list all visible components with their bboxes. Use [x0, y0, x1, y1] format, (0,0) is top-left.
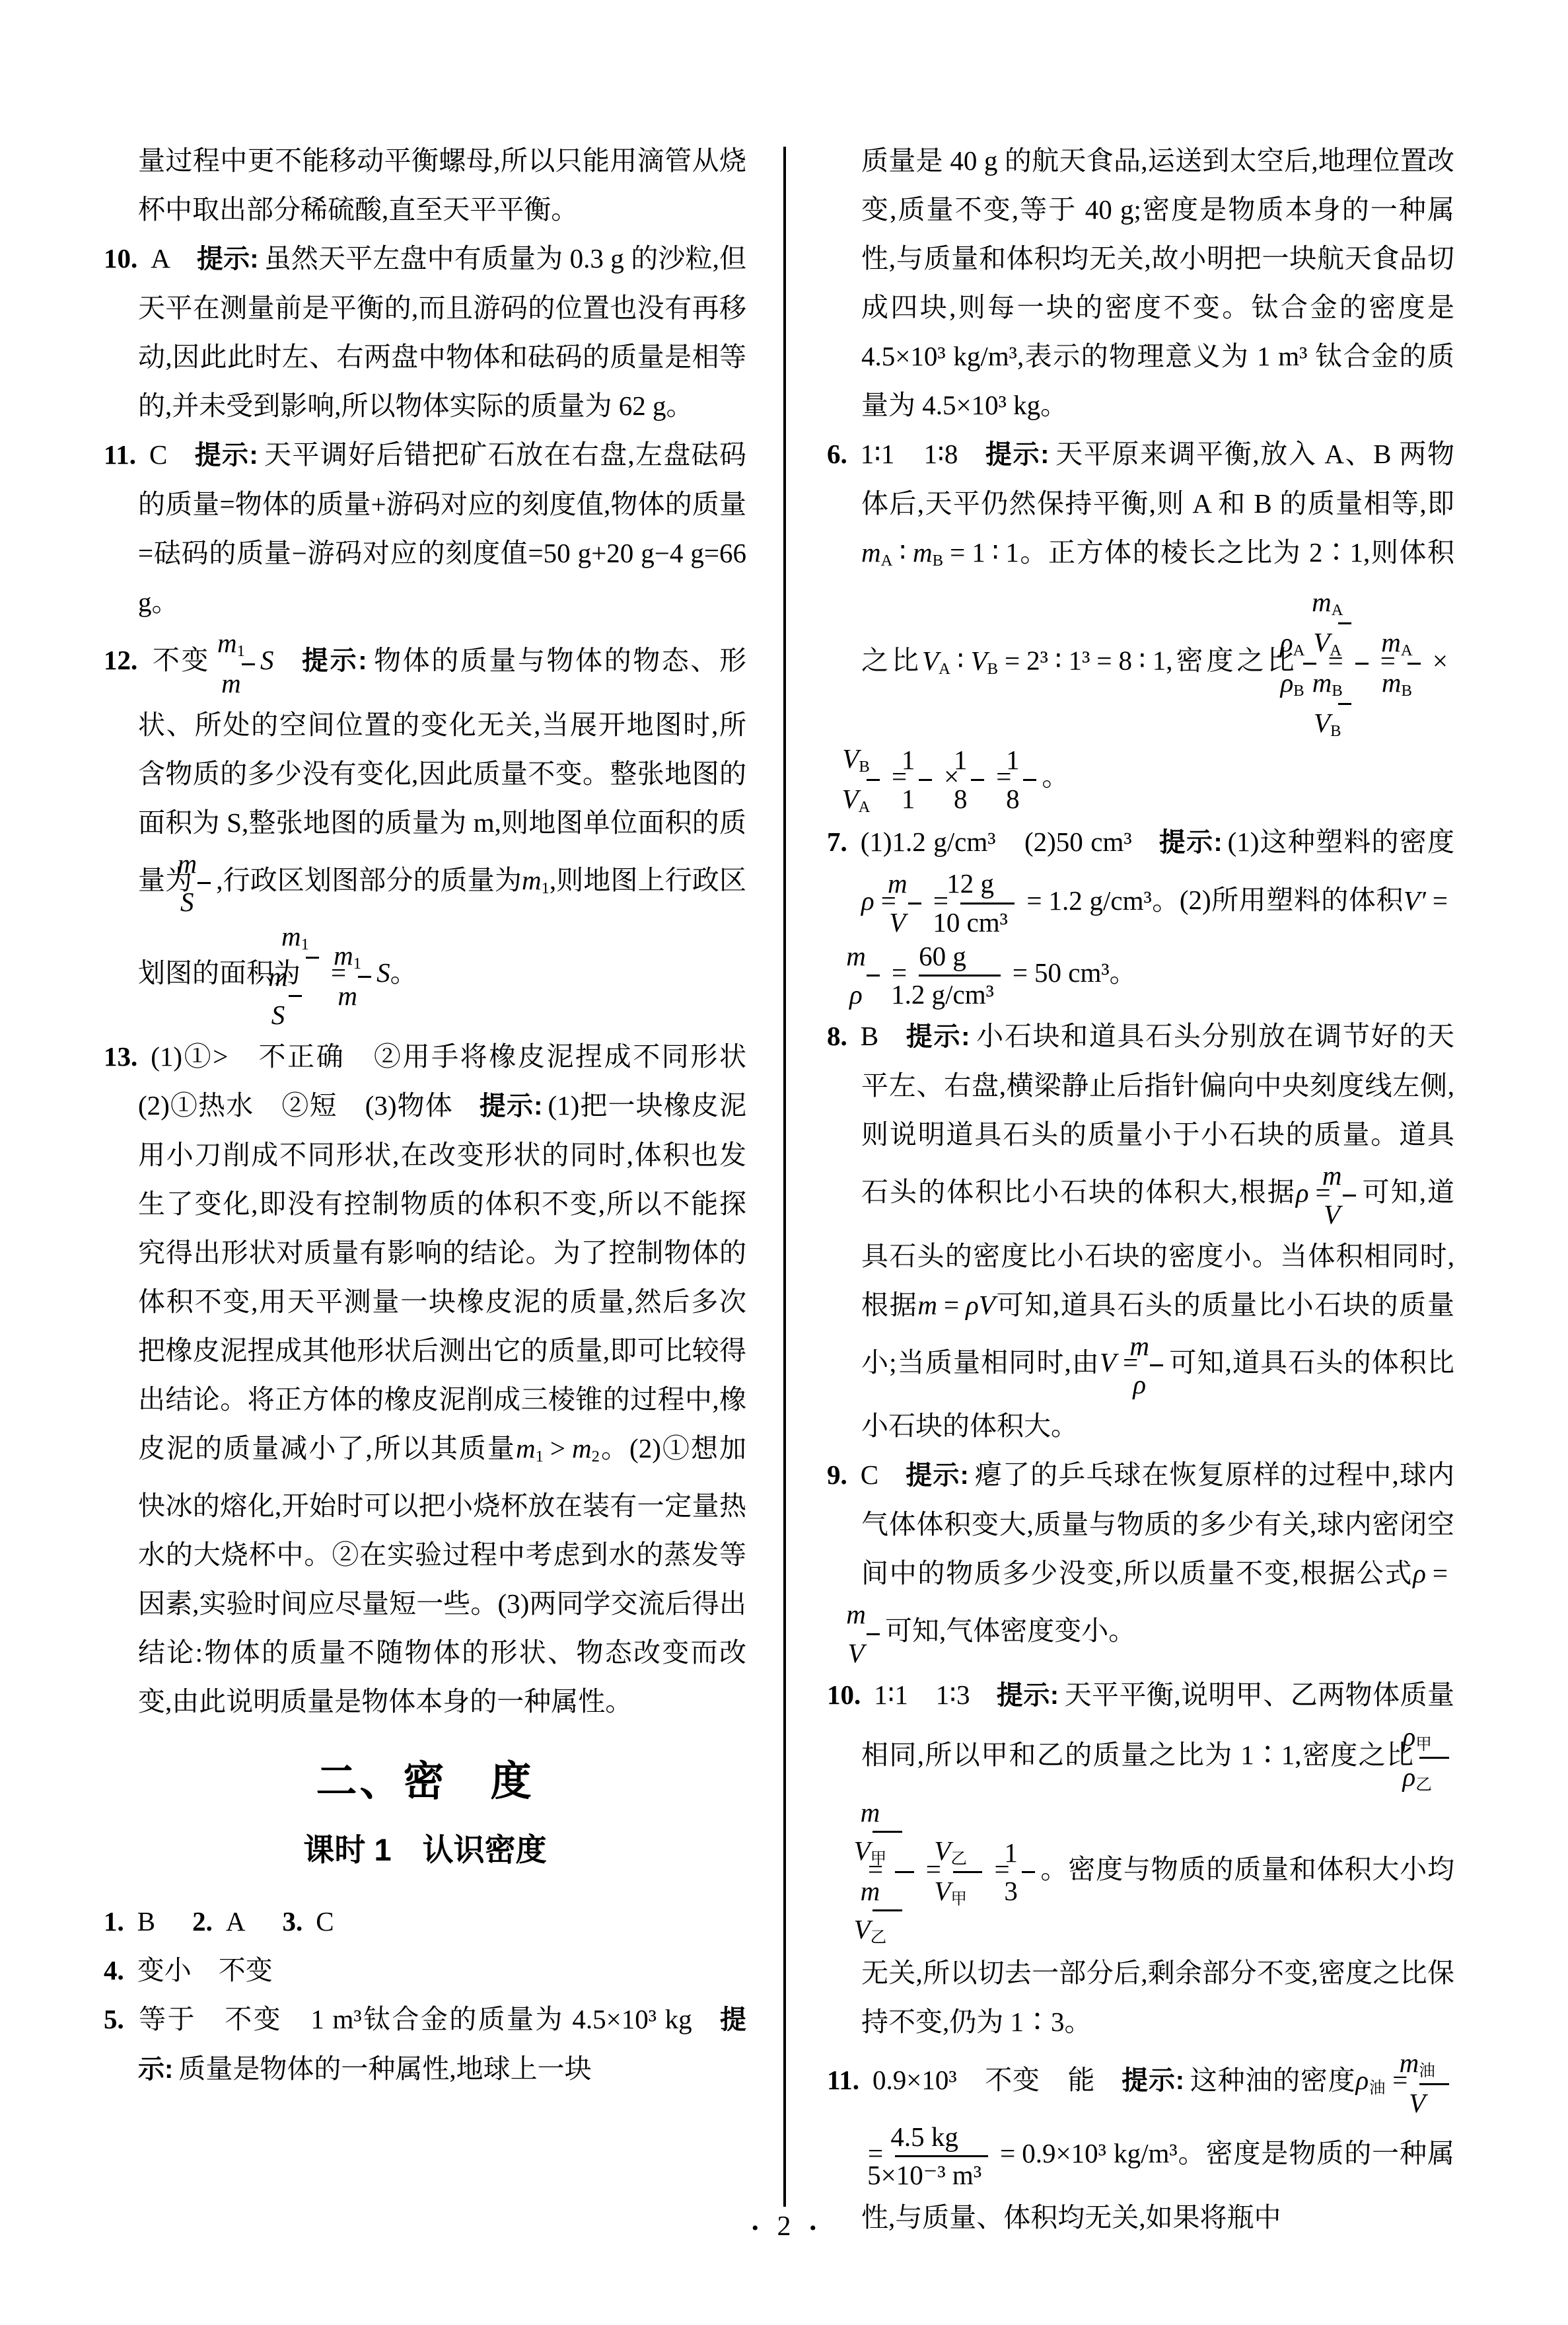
answer-text: C — [316, 1906, 334, 1937]
page-number: 2 — [777, 2211, 791, 2242]
hint-text: (1)这种塑料的密度 — [1228, 827, 1454, 857]
right-column: 质量是 40 g 的航天食品,运送到太空后,地理位置改变,质量不变,等于 40 … — [827, 136, 1454, 2242]
answer-item-7: 7.(1)1.2 g/cm³ (2)50 cm³提示:(1)这种塑料的密度ρ=m… — [827, 817, 1454, 1012]
hint-label: 提示: — [194, 441, 263, 470]
hint-text: ,密度之比 — [1166, 646, 1297, 676]
hint-label: 提示: — [905, 1461, 974, 1490]
item-number: 5. — [104, 2004, 137, 2034]
hint-text: (2)①想加快冰的熔化,开始时可以把小烧杯放在装有一定量热水的大烧杯中。②在实验… — [138, 1433, 746, 1716]
item-number: 3. — [282, 1906, 316, 1937]
answer-item-4: 4.变小 不变 — [104, 1946, 746, 1995]
answer-items-1-to-3: 1.B2.A3.C — [104, 1897, 746, 1946]
answer-text: C — [149, 439, 194, 470]
answer-item-10-right: 10.1∶1 1∶3提示:天平平衡,说明甲、乙两物体质量相同,所以甲和乙的质量之… — [827, 1670, 1454, 2046]
inline-formula: m=ρV — [917, 1290, 995, 1320]
continuation-paragraph: 质量是 40 g 的航天食品,运送到太空后,地理位置改变,质量不变,等于 40 … — [827, 136, 1454, 429]
workbook-answer-page: 量过程中更不能移动平衡螺母,所以只能用滴管从烧杯中取出部分稀硫酸,直至天平平衡。… — [0, 0, 1568, 2325]
item-number: 4. — [104, 1955, 137, 1985]
answer-text: A — [226, 1906, 246, 1937]
choice-answer-1: 1.B — [104, 1906, 155, 1937]
display-formula: ρ=mV=12 g10 cm³=1.2 g/cm³。 — [861, 885, 1180, 916]
hint-label: 提示: — [1158, 828, 1228, 857]
answer-text: 0.9×10³ 不变 能 — [873, 2065, 1122, 2095]
inline-formula: m1 — [522, 865, 550, 895]
hint-label: 提示: — [300, 646, 372, 675]
answer-item-6: 6.1∶1 1∶8提示:天平原来调平衡,放入 A、B 两物体后,天平仍然保持平衡… — [827, 429, 1454, 817]
inline-formula: mA∶mB=1∶1。 — [861, 537, 1048, 568]
item-number: 6. — [827, 439, 861, 469]
hint-text: (2)所用塑料的体积 — [1180, 885, 1404, 916]
display-formula: m1mS=m1mS。 — [301, 957, 417, 988]
lesson-title: 课时 1 认识密度 — [104, 1828, 746, 1872]
answer-item-5: 5.等于 不变 1 m³钛合金的质量为 4.5×10³ kg提示:质量是物体的一… — [104, 1995, 746, 2094]
hint-label: 提示: — [984, 440, 1054, 469]
answer-text: 变小 不变 — [137, 1955, 299, 1985]
inline-formula: V=mρ — [1100, 1347, 1168, 1378]
hint-label: 提示: — [197, 244, 264, 274]
hint-text: (1)把一块橡皮泥用小刀削成不同形状,在改变形状的同时,体积也发生了变化,即没有… — [138, 1090, 746, 1463]
answer-text: B — [137, 1906, 155, 1937]
hint-label: 提示: — [1122, 2066, 1190, 2095]
column-divider — [783, 147, 786, 2207]
inline-formula: mS — [192, 865, 216, 895]
answer-item-12: 12.不变m1mS提示:物体的质量与物体的物态、形状、所处的空间位置的变化无关,… — [104, 626, 746, 1032]
answer-item-8: 8.B提示:小石块和道具石头分别放在调节好的天平左、右盘,横梁静止后指针偏向中央… — [827, 1012, 1454, 1450]
choice-answer-3: 3.C — [282, 1906, 334, 1937]
answer-text: 1∶1 1∶8 — [861, 439, 985, 469]
item-number: 8. — [827, 1021, 861, 1051]
page-number-dot: • — [752, 2217, 759, 2239]
item-number: 10. — [827, 1679, 874, 1710]
inline-formula: m1>m2。 — [516, 1433, 629, 1463]
hint-label: 提示: — [996, 1681, 1064, 1710]
answer-text: (1)1.2 g/cm³ (2)50 cm³ — [861, 827, 1158, 857]
answer-formula: m1mS — [236, 645, 274, 675]
hint-text: 质量是物体的一种属性,地球上一块 — [178, 2053, 591, 2084]
item-number: 12. — [104, 645, 151, 675]
page-number-dot: • — [810, 2217, 817, 2239]
page-footer: •2• — [0, 2211, 1568, 2242]
hint-text: ,行政区划图部分的质量为 — [216, 865, 522, 895]
answer-item-11: 11.C提示:天平调好后错把矿石放在右盘,左盘砝码的质量=物体的质量+游码对应的… — [104, 430, 746, 626]
answer-item-13: 13.(1)①> 不正确 ②用手将橡皮泥捏成不同形状 (2)①热水 ②短 (3)… — [104, 1032, 746, 1726]
inline-formula: VA∶VB=2³∶1³=8∶1 — [922, 646, 1166, 676]
answer-item-9: 9.C提示:瘪了的乒乓球在恢复原样的过程中,球内气体体积变大,质量与物质的多少有… — [827, 1450, 1454, 1670]
item-number: 10. — [104, 243, 151, 274]
item-number: 13. — [104, 1041, 151, 1072]
inline-formula: ρ=mV — [1296, 1177, 1361, 1208]
item-number: 1. — [104, 1906, 137, 1937]
item-number: 7. — [827, 827, 861, 857]
answer-formula-gap — [273, 645, 300, 675]
hint-text: 可知,气体密度变小。 — [885, 1616, 1135, 1646]
item-number: 11. — [104, 439, 149, 470]
hint-label: 提示: — [480, 1091, 548, 1121]
answer-text: B — [861, 1021, 905, 1051]
answer-item-10: 10.A提示:虽然天平左盘中有质量为 0.3 g 的沙粒,但天平在测量前是平衡的… — [104, 234, 746, 430]
answer-text: A — [151, 243, 197, 274]
hint-text: 这种油的密度 — [1190, 2065, 1355, 2095]
continuation-paragraph: 量过程中更不能移动平衡螺母,所以只能用滴管从烧杯中取出部分稀硫酸,直至天平平衡。 — [104, 136, 746, 234]
answer-text: 1∶1 1∶3 — [874, 1679, 996, 1710]
section-title: 二、密 度 — [104, 1753, 746, 1811]
item-number: 9. — [827, 1459, 861, 1490]
choice-answer-2: 2.A — [192, 1906, 245, 1937]
left-column: 量过程中更不能移动平衡螺母,所以只能用滴管从烧杯中取出部分稀硫酸,直至天平平衡。… — [104, 136, 746, 2094]
hint-label: 提示: — [905, 1022, 975, 1051]
answer-text: C — [861, 1459, 905, 1490]
item-number: 2. — [192, 1906, 226, 1937]
item-number: 11. — [827, 2065, 873, 2095]
answer-text: 等于 不变 1 m³钛合金的质量为 4.5×10³ kg — [137, 2004, 719, 2034]
